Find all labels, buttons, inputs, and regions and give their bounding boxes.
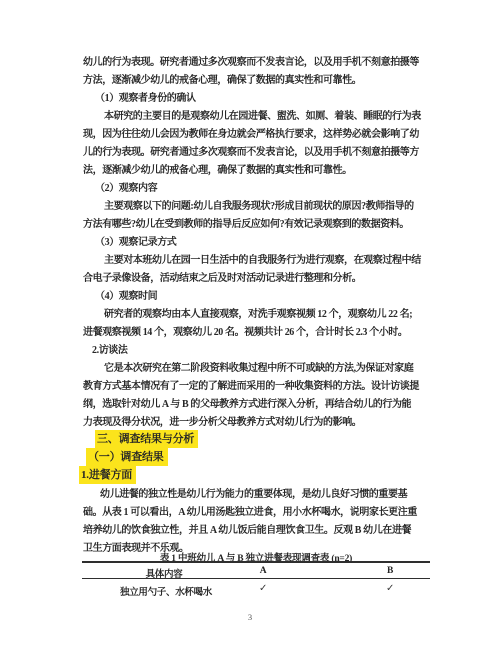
text-line: 进餐观察视频 14 个，观察幼儿 20 名。视频共计 26 个，合计时长 2.3… [83,327,408,339]
document-page: 幼儿的行为表现。研究者通过多次观察而不发表言论，以及用手机不刻意拍摄等 方法，逐… [0,0,500,666]
text-line: 主要对本班幼儿在园一日生活中的自我服务行为进行观察，在观察过程中结 [104,255,421,267]
text-line: 础。从表 1 可以看出，A 幼儿用汤匙独立进食，用小水杯喝水，说明家长更注重 [83,507,417,519]
table-header-cell: A [213,566,313,576]
text-line: 培养幼儿的饮食独立性，并且 A 幼儿饭后能自理饮食卫生。反观 B 幼儿在进餐 [83,525,411,537]
text-line: 纲，选取针对幼儿 A 与 B 的父母教养方式进行深入分析，再结合幼儿的行为能 [83,399,411,411]
highlight-mark: 1.进餐方面 [79,466,136,484]
text-line: 法，逐渐减少幼儿的戒备心理，确保了数据的真实性和可靠性。 [83,165,352,177]
section-heading-line: （1）观察者身份的确认 [95,93,196,105]
highlighted-heading-line: 1.进餐方面 [79,469,136,481]
text-line: 方法有哪些?幼儿在受到教师的指导后反应如何?有效记录观察到的数据资料。 [83,219,409,231]
text-line: 它是本次研究在第二阶段资料收集过程中所不可或缺的方法,为保证对家庭 [104,363,413,375]
text-line: 力表现及得分状况，进一步分析父母教养方式对幼儿行为的影响。 [83,417,361,429]
checkmark-icon: ✓ [213,583,313,594]
text-line: 方法，逐渐减少幼儿的戒备心理，确保了数据的真实性和可靠性。 [83,75,361,87]
highlight-mark: 三、调查结果与分析 [95,430,198,448]
text-line: 本研究的主要目的是观察幼儿在园进餐、盥洗、如厕、着装、睡眠的行为表 [104,111,421,123]
section-heading-line: （3）观察记录方式 [95,237,176,249]
checkmark-icon: ✓ [340,583,440,594]
table-top-border [82,561,430,563]
table-cell: 独立用勺子、水杯喝水 [120,584,212,598]
highlighted-heading-line: 三、调查结果与分析 [95,433,198,445]
section-heading-line: （2）观察内容 [95,183,157,195]
text-line: 研究者的观察均由本人直接观察，对洗手观察视频 12 个，观察幼儿 22 名; [104,309,412,321]
text-line: 合电子录像设备，活动结束之后及时对活动记录进行整理和分析。 [83,273,361,285]
page-number: 3 [0,612,500,622]
highlighted-heading-line: （一）调查结果 [86,451,168,463]
text-line: 儿的行为表现。研究者通过多次观察而不发表言论，以及用手机不刻意拍摄等方 [83,147,419,159]
table-header-divider [82,578,430,579]
highlight-mark: （一）调查结果 [86,448,168,466]
text-line: 现，因为往往幼儿会因为教师在身边就会严格执行要求，这样势必就会影响了幼 [83,129,419,141]
section-heading-line: （4）观察时间 [95,291,157,303]
section-heading-line: 2.访谈法 [92,345,128,357]
text-line: 主要观察以下的问题:幼儿自我服务现状?形成目前现状的原因?教师指导的 [104,201,414,213]
text-line: 教育方式基本情况有了一定的了解进而采用的一种收集资料的方法。设计访谈提 [83,381,419,393]
text-line: 幼儿进餐的独立性是幼儿行为能力的重要体现，是幼儿良好习惯的重要基 [100,489,407,501]
table-header-cell: B [340,566,440,576]
text-line: 幼儿的行为表现。研究者通过多次观察而不发表言论，以及用手机不刻意拍摄等 [83,57,419,69]
